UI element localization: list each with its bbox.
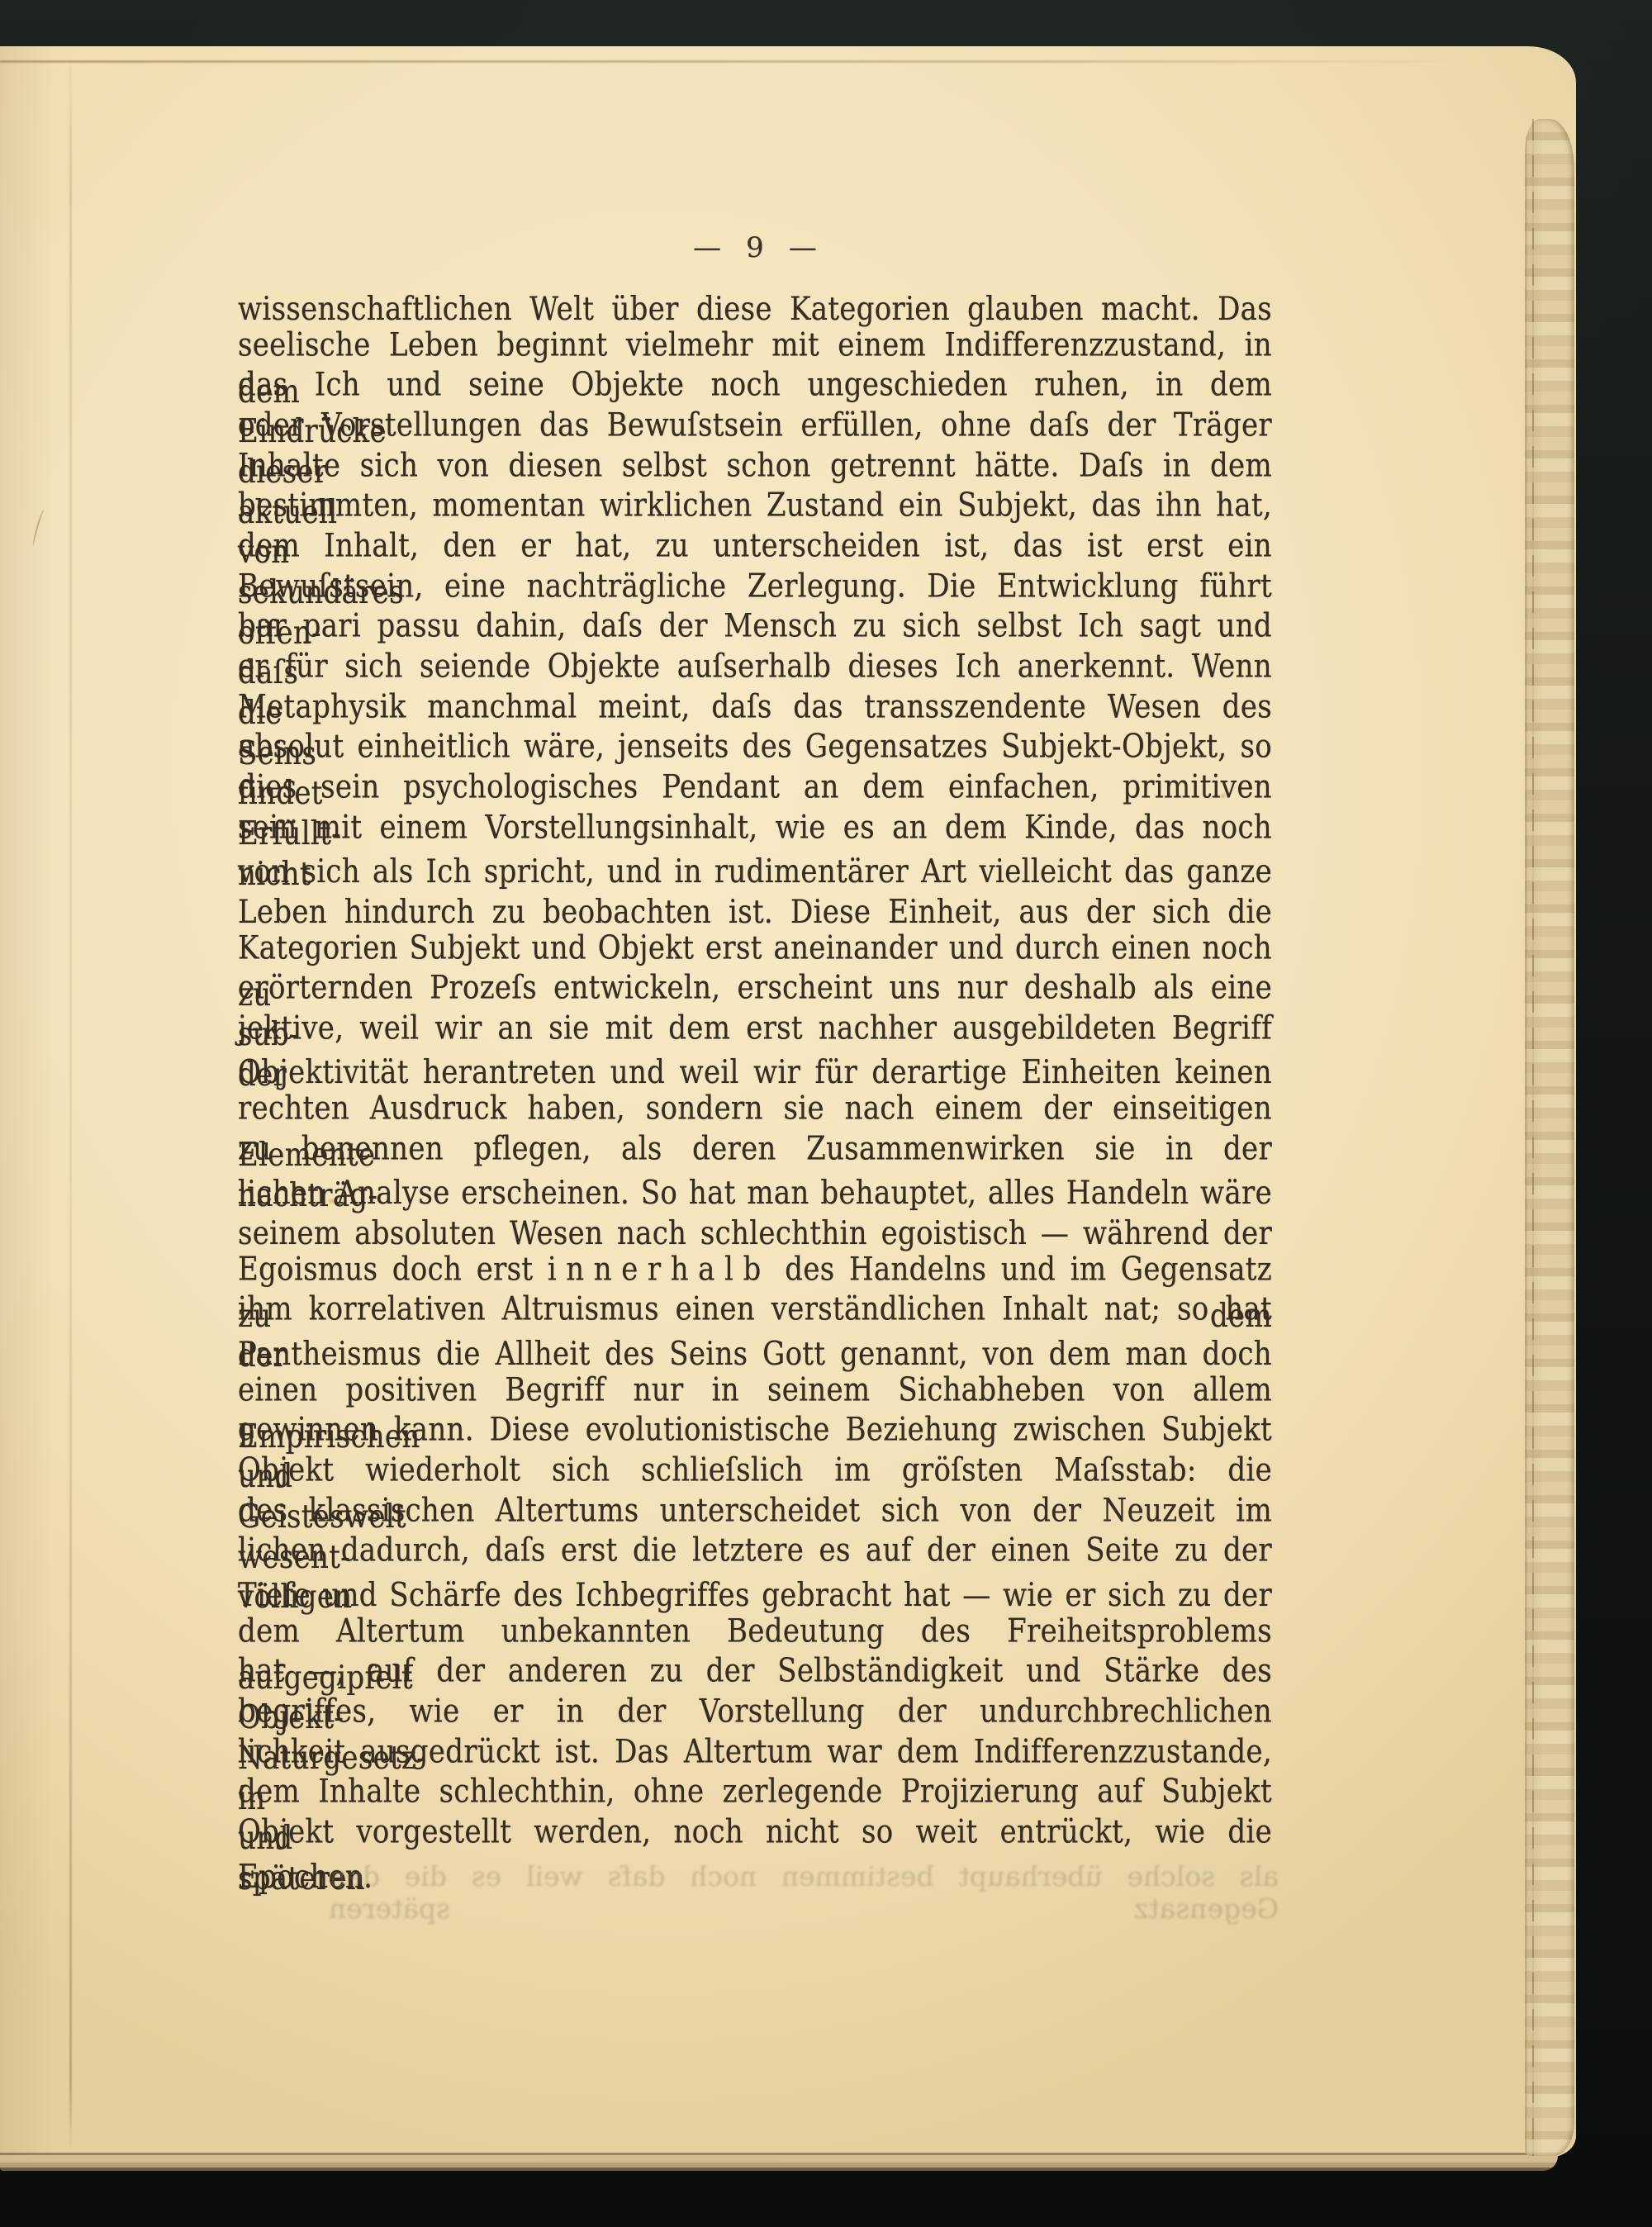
gutter-shading xyxy=(0,46,71,2158)
printed-text-area: —9— wissenschaftlichen Welt über diese K… xyxy=(238,46,1272,2158)
scan-background: —9— wissenschaftlichen Welt über diese K… xyxy=(0,0,1652,2227)
bottom-page-stack-edge xyxy=(0,2153,1558,2171)
text-line: zu benennen pflegen, als deren Zusammenw… xyxy=(238,1135,1272,1175)
book-page: —9— wissenschaftlichen Welt über diese K… xyxy=(0,46,1576,2158)
text-segment: Egoismus doch erst xyxy=(238,1250,548,1288)
body-text: wissenschaftlichen Welt über diese Kateg… xyxy=(238,291,1272,1898)
text-line: ihm korrelativen Altruismus einen verstä… xyxy=(238,1295,1272,1336)
emphasized-word: innerhalb xyxy=(548,1250,771,1288)
text-line: Objekt vorgestellt werden, noch nicht so… xyxy=(238,1818,1272,1859)
ghost-text: als solche überhaupt bestimmen noch dafs… xyxy=(329,1860,1279,1925)
binding-crease xyxy=(69,55,72,2148)
text-line: lichen dadurch, daſs erst die letztere e… xyxy=(238,1536,1272,1577)
header-rule-right: — xyxy=(767,231,838,264)
text-line: lichen Analyse erscheinen. So hat man be… xyxy=(238,1175,1272,1215)
deckled-fore-edge xyxy=(1525,119,1574,2156)
text-line: von sich als Ich spricht, und in rudimen… xyxy=(238,853,1272,894)
header-rule-left: — xyxy=(672,231,743,264)
text-line: jektive, weil wir an sie mit dem erst na… xyxy=(238,1014,1272,1055)
page-number: 9 xyxy=(743,231,767,264)
text-line: sein mit einem Vorstellungsinhalt, wie e… xyxy=(238,814,1272,854)
fore-edge-hairline xyxy=(1532,119,1534,2156)
page-header: —9— xyxy=(238,231,1272,264)
